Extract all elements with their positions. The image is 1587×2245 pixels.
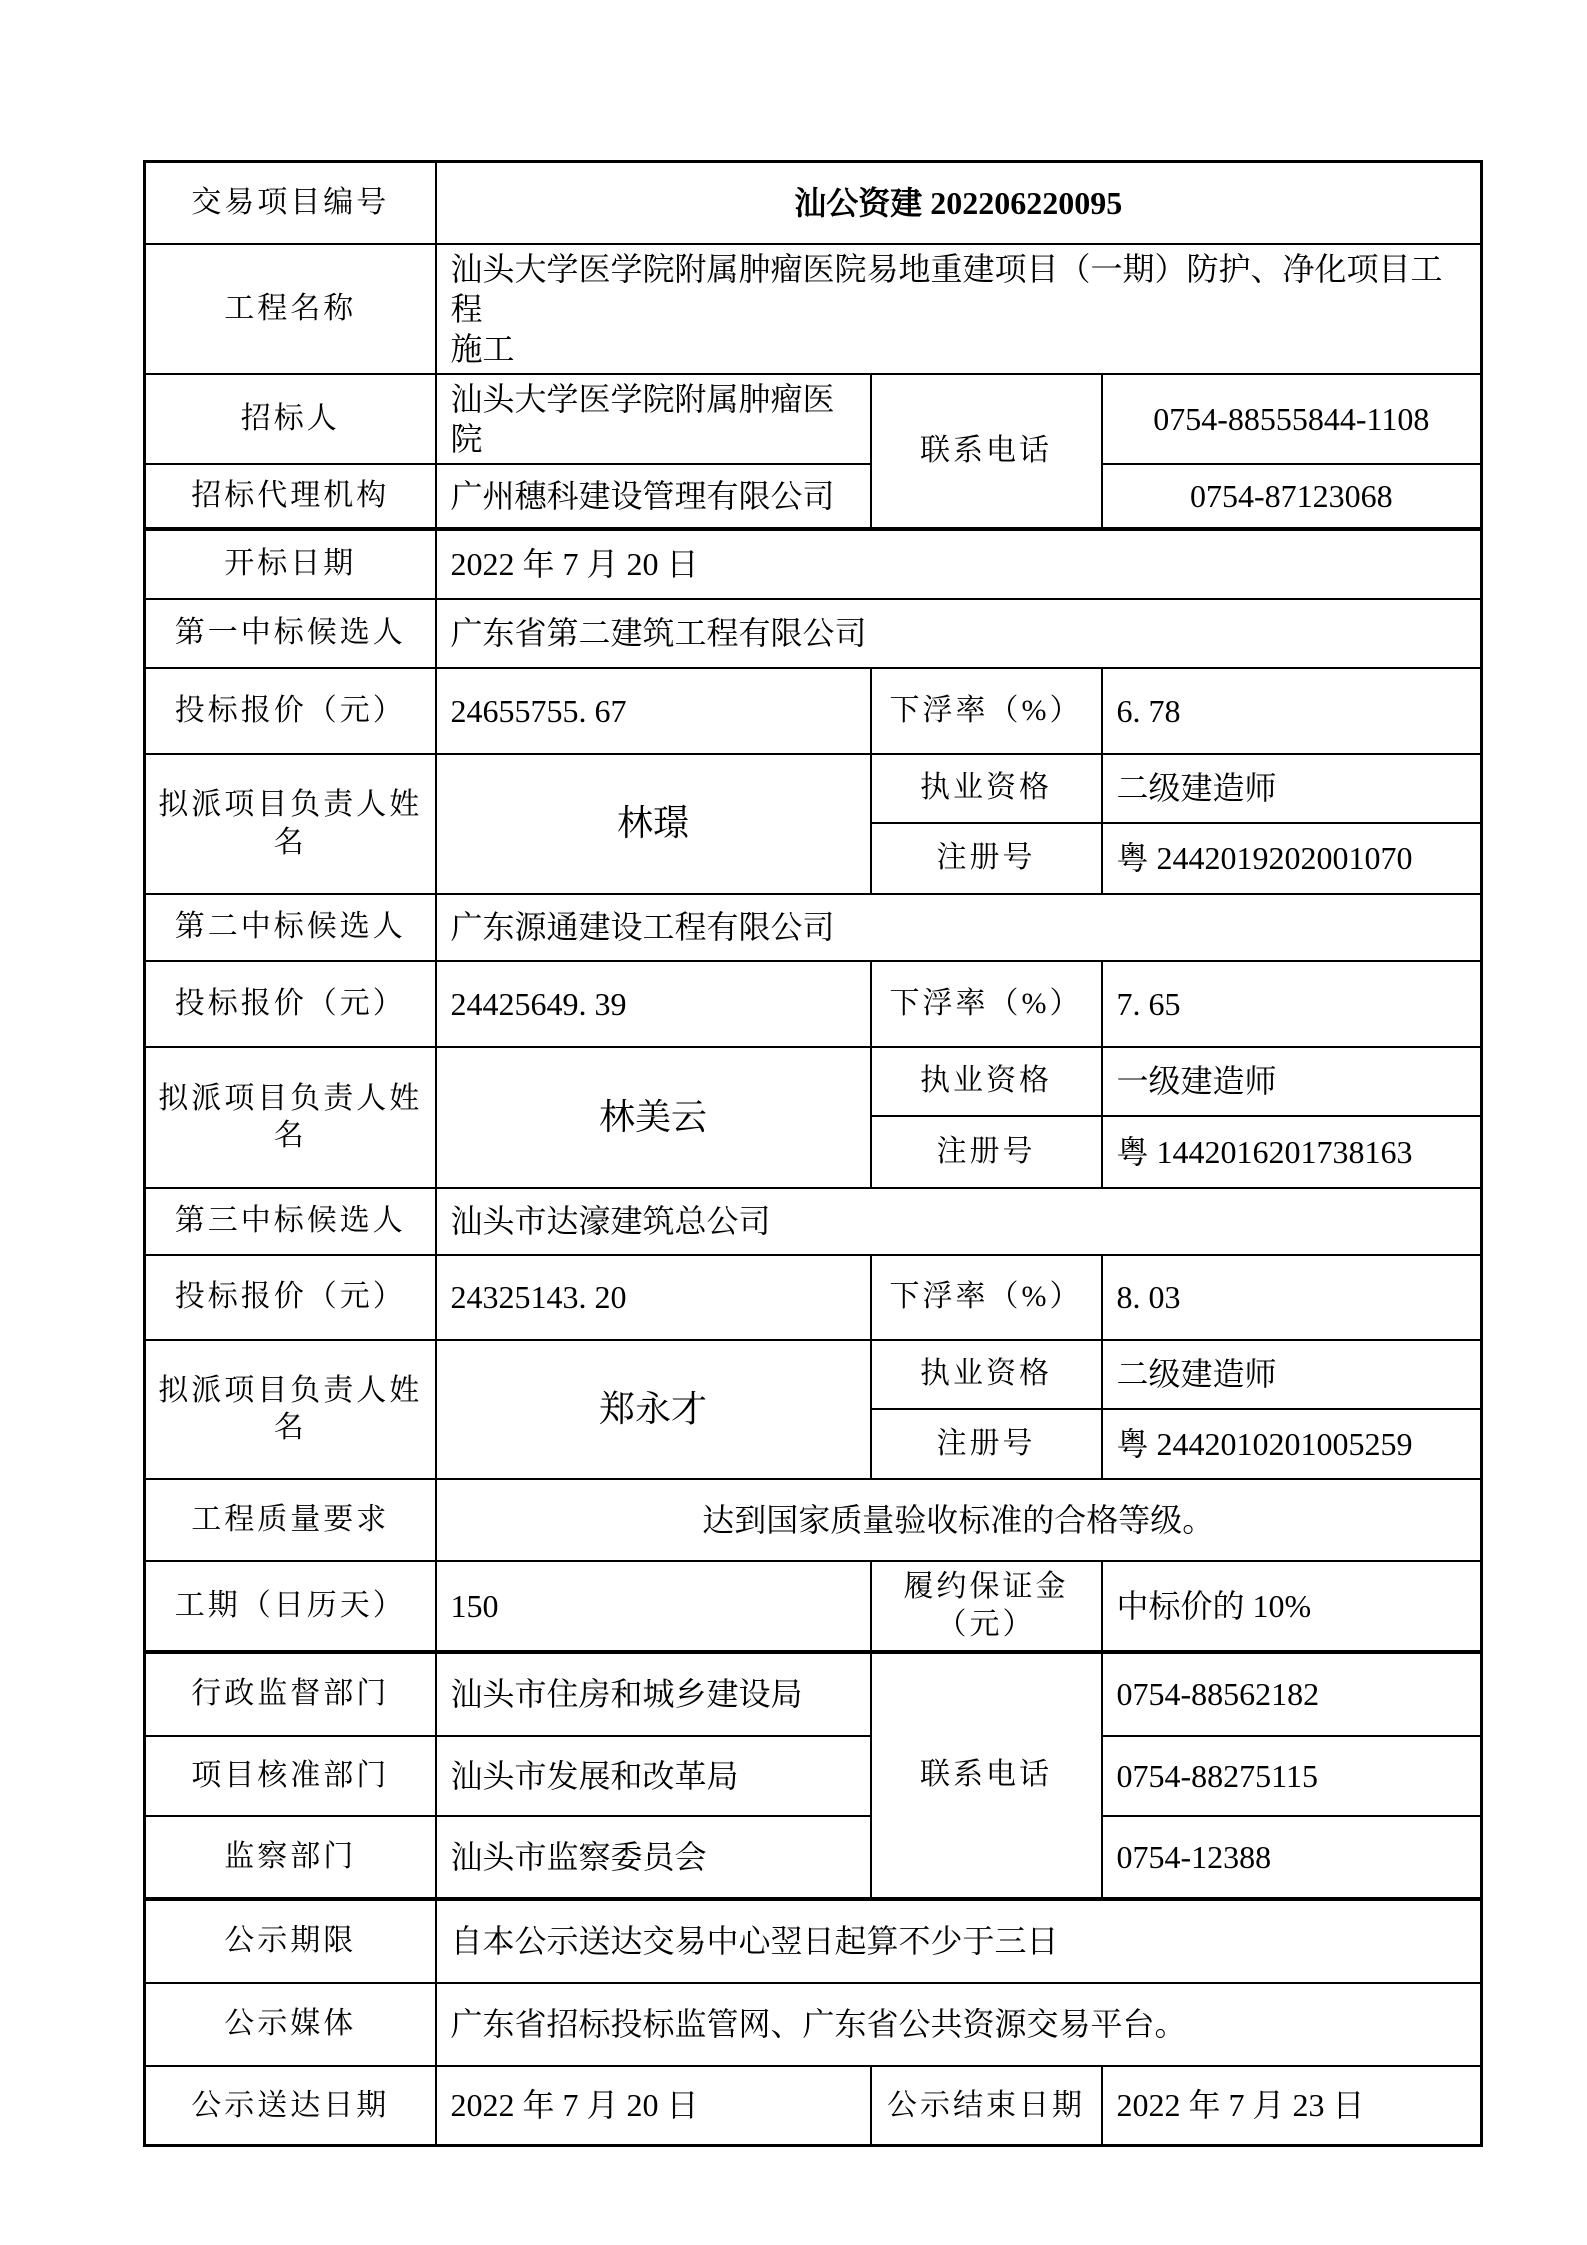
candidate3-manager-label: 拟派项目负责人姓 名 [145, 1340, 436, 1479]
inspection-dept-phone: 0754-12388 [1102, 1816, 1482, 1899]
publicity-period-value: 自本公示送达交易中心翌日起算不少于三日 [436, 1899, 1482, 1983]
agency-phone: 0754-87123068 [1102, 464, 1482, 529]
candidate2-reg: 粤 1442016201738163 [1102, 1116, 1482, 1188]
candidate3-price: 24325143. 20 [436, 1255, 871, 1340]
inspection-dept-value: 汕头市监察委员会 [436, 1816, 871, 1899]
inspection-dept-label: 监察部门 [145, 1816, 436, 1899]
candidate3-reg-label: 注册号 [871, 1409, 1102, 1479]
candidate1-qual-label: 执业资格 [871, 754, 1102, 823]
candidate2-manager: 林美云 [436, 1047, 871, 1188]
agency-value: 广州穗科建设管理有限公司 [436, 464, 871, 529]
candidate3-qual-label: 执业资格 [871, 1340, 1102, 1409]
bid-opening-label: 开标日期 [145, 529, 436, 599]
candidate2-rate-label: 下浮率（%） [871, 961, 1102, 1047]
approval-dept-label: 项目核准部门 [145, 1736, 436, 1816]
candidate2-qual-label: 执业资格 [871, 1047, 1102, 1116]
project-name-value: 汕头大学医学院附属肿瘤医院易地重建项目（一期）防护、净化项目工程 施工 [436, 244, 1482, 374]
bond-value: 中标价的 10% [1102, 1561, 1482, 1652]
publicity-serve-date-label: 公示送达日期 [145, 2066, 436, 2146]
candidate1-qual: 二级建造师 [1102, 754, 1482, 823]
bid-result-table: 交易项目编号 汕公资建 202206220095 工程名称 汕头大学医学院附属肿… [143, 160, 1483, 2147]
candidate3-qual: 二级建造师 [1102, 1340, 1482, 1409]
candidate1-manager-label: 拟派项目负责人姓 名 [145, 754, 436, 894]
supervision-dept-phone: 0754-88562182 [1102, 1652, 1482, 1736]
approval-dept-phone: 0754-88275115 [1102, 1736, 1482, 1816]
candidate2-price: 24425649. 39 [436, 961, 871, 1047]
candidate3-reg: 粤 2442010201005259 [1102, 1409, 1482, 1479]
quality-label: 工程质量要求 [145, 1479, 436, 1561]
candidate2-price-label: 投标报价（元） [145, 961, 436, 1047]
candidate2-rank-label: 第二中标候选人 [145, 894, 436, 961]
candidate1-price: 24655755. 67 [436, 668, 871, 754]
publicity-end-date-value: 2022 年 7 月 23 日 [1102, 2066, 1482, 2146]
supervision-dept-label: 行政监督部门 [145, 1652, 436, 1736]
candidate2-qual: 一级建造师 [1102, 1047, 1482, 1116]
publicity-media-value: 广东省招标投标监管网、广东省公共资源交易平台。 [436, 1983, 1482, 2066]
candidate1-company: 广东省第二建筑工程有限公司 [436, 599, 1482, 668]
candidate3-price-label: 投标报价（元） [145, 1255, 436, 1340]
candidate1-price-label: 投标报价（元） [145, 668, 436, 754]
candidate1-rank-label: 第一中标候选人 [145, 599, 436, 668]
candidate2-rate: 7. 65 [1102, 961, 1482, 1047]
candidate3-company: 汕头市达濠建筑总公司 [436, 1188, 1482, 1255]
bid-opening-value: 2022 年 7 月 20 日 [436, 529, 1482, 599]
candidate1-rate-label: 下浮率（%） [871, 668, 1102, 754]
tenderee-phone: 0754-88555844-1108 [1102, 374, 1482, 464]
candidate2-manager-label: 拟派项目负责人姓 名 [145, 1047, 436, 1188]
candidate3-rank-label: 第三中标候选人 [145, 1188, 436, 1255]
candidate2-company: 广东源通建设工程有限公司 [436, 894, 1482, 961]
candidate1-reg-label: 注册号 [871, 823, 1102, 894]
duration-value: 150 [436, 1561, 871, 1652]
duration-label: 工期（日历天） [145, 1561, 436, 1652]
candidate1-rate: 6. 78 [1102, 668, 1482, 754]
tenderee-value: 汕头大学医学院附属肿瘤医 院 [436, 374, 871, 464]
publicity-serve-date-value: 2022 年 7 月 20 日 [436, 2066, 871, 2146]
contact-phone-label: 联系电话 [871, 374, 1102, 529]
quality-value: 达到国家质量验收标准的合格等级。 [436, 1479, 1482, 1561]
candidate1-reg: 粤 2442019202001070 [1102, 823, 1482, 894]
project-no-value: 汕公资建 202206220095 [436, 162, 1482, 244]
publicity-end-date-label: 公示结束日期 [871, 2066, 1102, 2146]
candidate3-rate: 8. 03 [1102, 1255, 1482, 1340]
document-page: 交易项目编号 汕公资建 202206220095 工程名称 汕头大学医学院附属肿… [0, 0, 1587, 2245]
candidate1-manager: 林璟 [436, 754, 871, 894]
project-no-label: 交易项目编号 [145, 162, 436, 244]
dept-phone-label: 联系电话 [871, 1652, 1102, 1899]
candidate3-rate-label: 下浮率（%） [871, 1255, 1102, 1340]
supervision-dept-value: 汕头市住房和城乡建设局 [436, 1652, 871, 1736]
approval-dept-value: 汕头市发展和改革局 [436, 1736, 871, 1816]
candidate3-manager: 郑永才 [436, 1340, 871, 1479]
candidate2-reg-label: 注册号 [871, 1116, 1102, 1188]
agency-label: 招标代理机构 [145, 464, 436, 529]
bond-label: 履约保证金 （元） [871, 1561, 1102, 1652]
publicity-media-label: 公示媒体 [145, 1983, 436, 2066]
project-name-label: 工程名称 [145, 244, 436, 374]
tenderee-label: 招标人 [145, 374, 436, 464]
publicity-period-label: 公示期限 [145, 1899, 436, 1983]
